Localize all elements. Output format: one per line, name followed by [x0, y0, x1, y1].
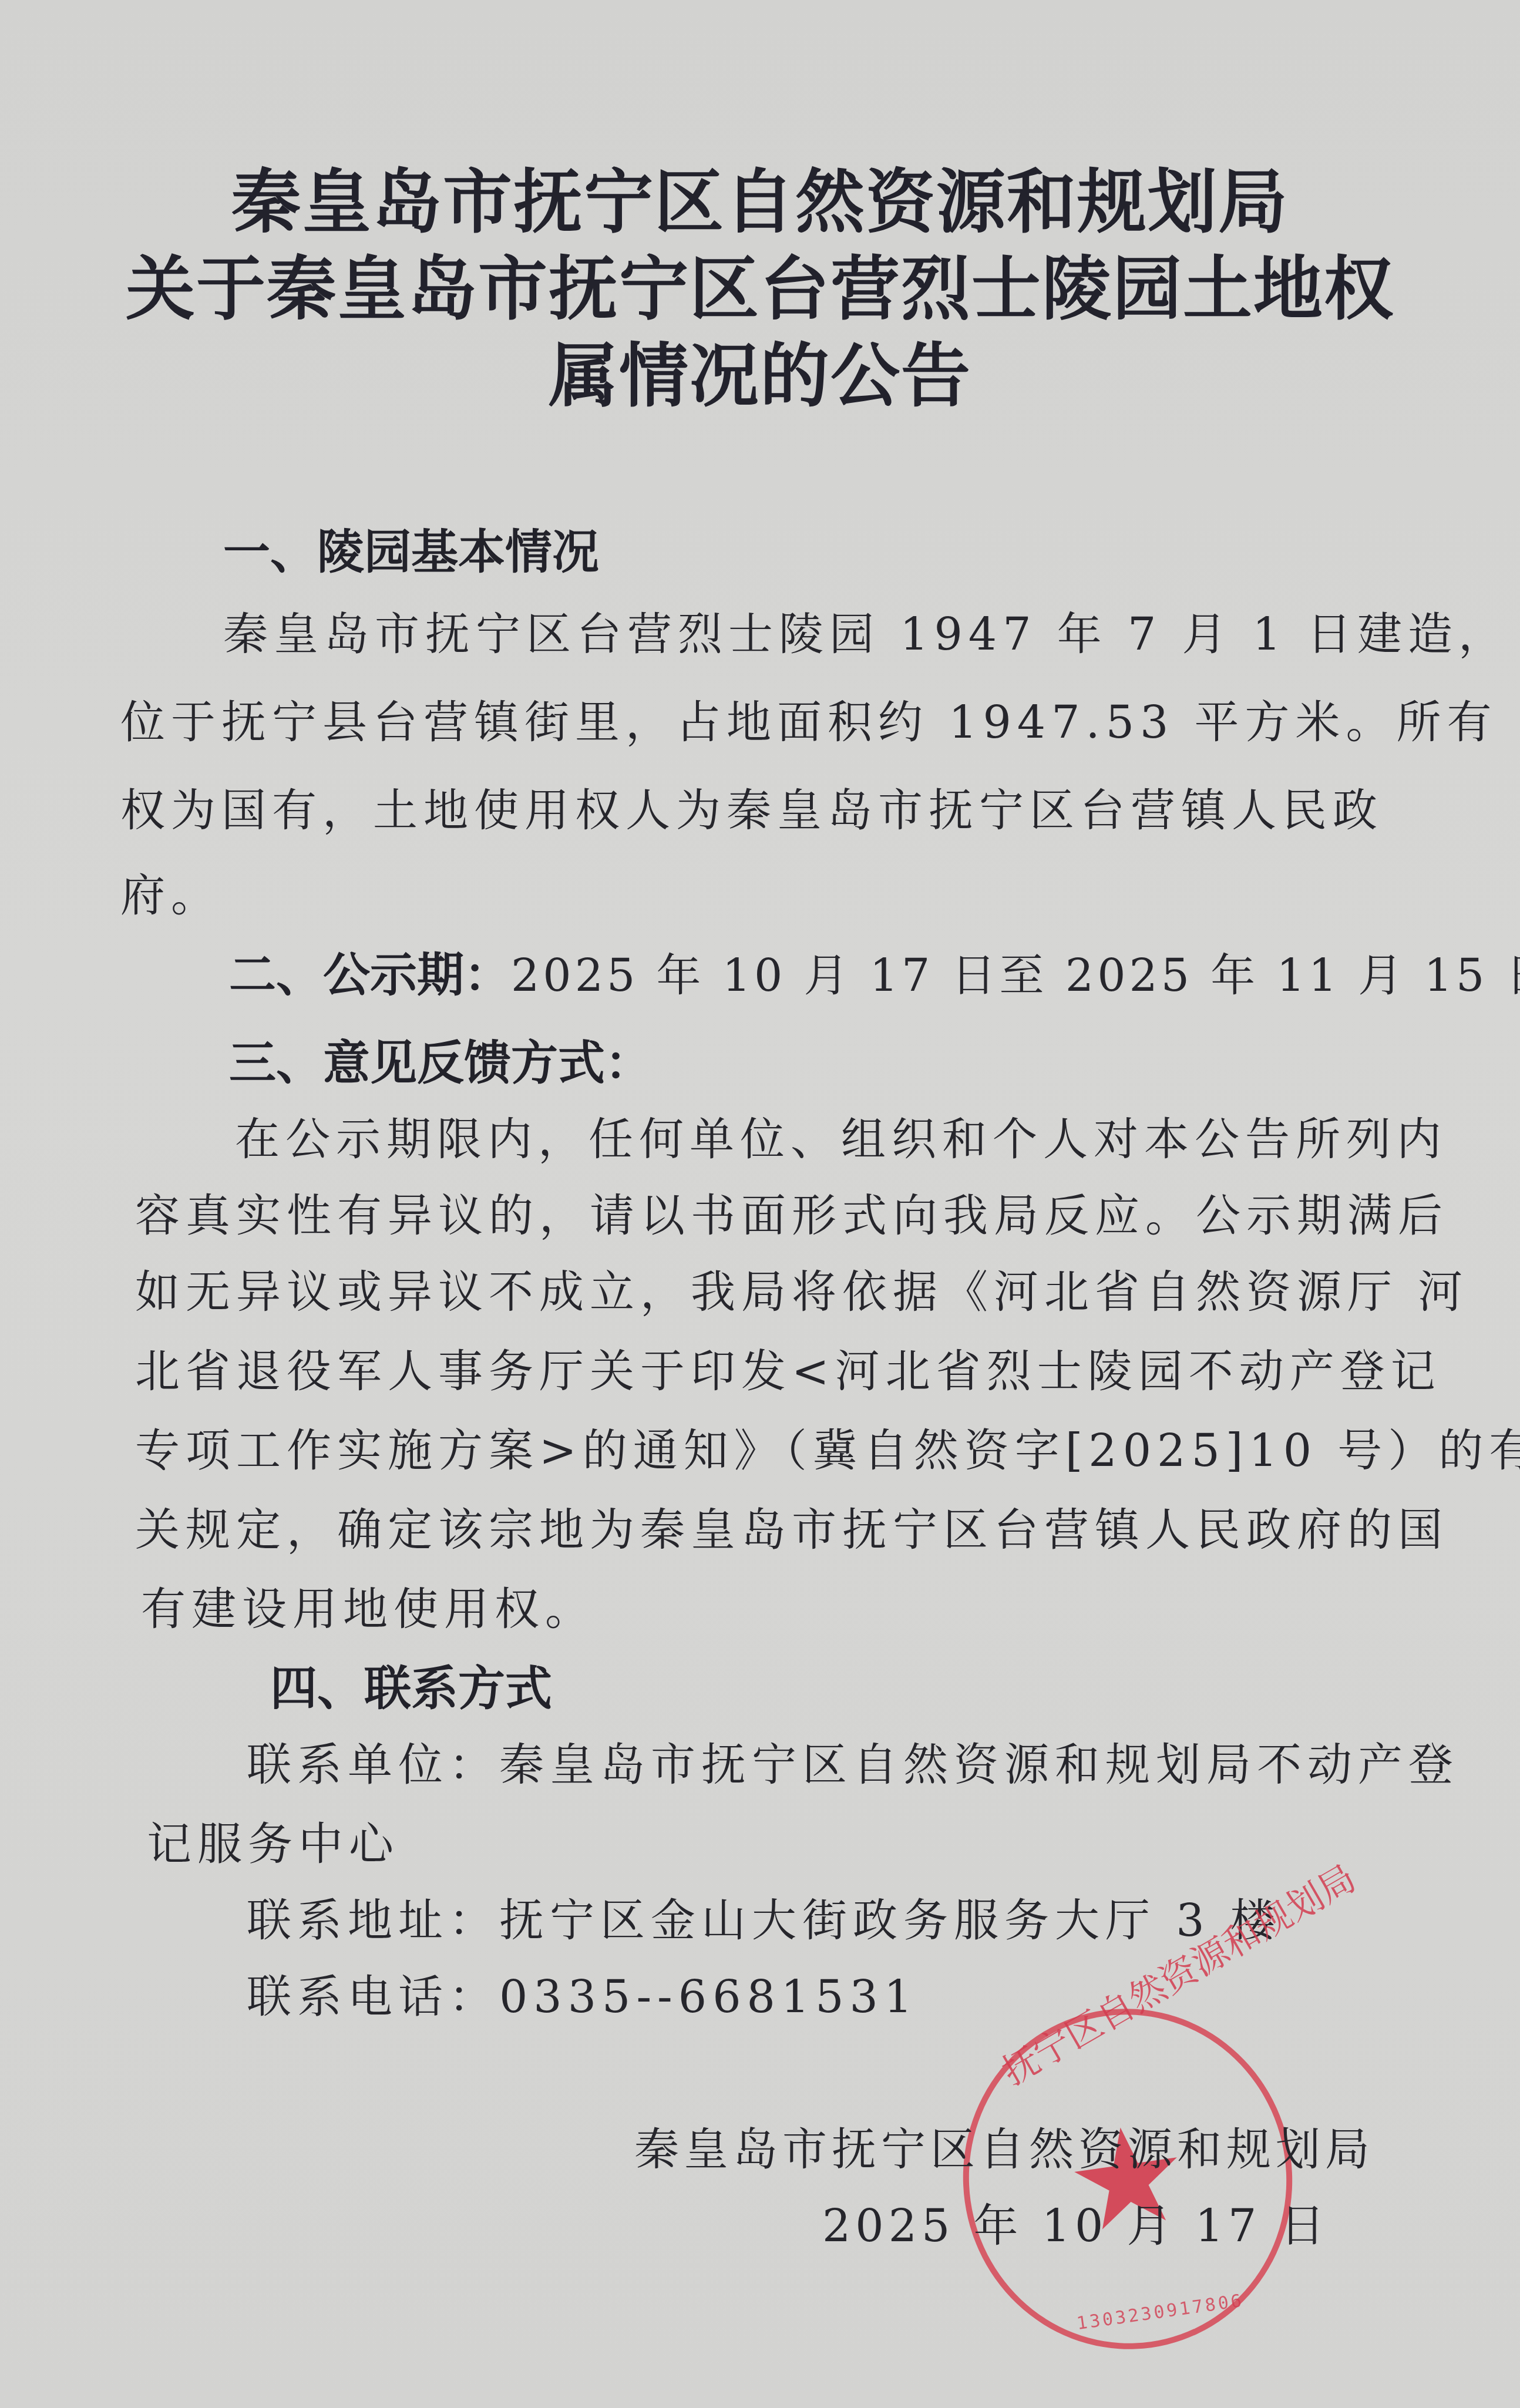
contact-unit: 联系单位：秦皇岛市抚宁区自然资源和规划局不动产登	[247, 1736, 1459, 1794]
seal-code: 1303230917806	[1075, 2291, 1245, 2335]
paragraph-line: 容真实性有异议的，请以书面形式向我局反应。公示期满后	[135, 1186, 1448, 1245]
contact-phone: 联系电话：0335--6681531	[247, 1968, 918, 2026]
issuer-signature: 秦皇岛市抚宁区自然资源和规划局	[634, 2120, 1374, 2179]
title-line-2: 关于秦皇岛市抚宁区台营烈士陵园土地权	[0, 245, 1520, 332]
contact-address: 联系地址：抚宁区金山大街政务服务大厅 3 楼	[247, 1891, 1281, 1950]
official-seal: 抚宁区自然资源和规划局 ★ 1303230917806	[941, 1987, 1314, 2370]
document-page: 秦皇岛市抚宁区自然资源和规划局 关于秦皇岛市抚宁区台营烈士陵园土地权 属情况的公…	[0, 0, 1520, 2408]
paragraph-line: 权为国有，土地使用权人为秦皇岛市抚宁区台营镇人民政	[120, 781, 1383, 840]
section-heading-contact: 四、联系方式	[270, 1659, 552, 1718]
section-heading-publicity-period: 二、公示期：	[229, 947, 511, 1002]
section-heading-basic-info: 一、陵园基本情况	[223, 523, 599, 581]
section-heading-feedback: 三、意见反馈方式：	[229, 1034, 652, 1092]
contact-unit-continued: 记服务中心	[147, 1815, 399, 1874]
publicity-period: 二、公示期：2025 年 10 月 17 日至 2025 年 11 月 15 日	[229, 946, 1520, 1005]
paragraph-line: 在公示期限内，任何单位、组织和个人对本公告所列内	[235, 1110, 1447, 1169]
issue-date: 2025 年 10 月 17 日	[822, 2197, 1330, 2255]
publicity-period-value: 2025 年 10 月 17 日至 2025 年 11 月 15 日	[511, 949, 1520, 1001]
document-title: 秦皇岛市抚宁区自然资源和规划局 关于秦皇岛市抚宁区台营烈士陵园土地权 属情况的公…	[0, 159, 1520, 419]
paragraph-line: 如无异议或异议不成立，我局将依据《河北省自然资源厅 河	[135, 1263, 1468, 1321]
paragraph-line: 府。	[120, 866, 221, 925]
title-line-1: 秦皇岛市抚宁区自然资源和规划局	[0, 159, 1520, 245]
title-line-3: 属情况的公告	[0, 332, 1520, 419]
paragraph-line: 北省退役军人事务厅关于印发<河北省烈士陵园不动产登记	[135, 1342, 1441, 1401]
paragraph-line: 秦皇岛市抚宁区台营烈士陵园 1947 年 7 月 1 日建造，	[223, 605, 1509, 664]
paragraph-line: 关规定，确定该宗地为秦皇岛市抚宁区台营镇人民政府的国	[135, 1501, 1448, 1559]
paragraph-line: 有建设用地使用权。	[141, 1580, 596, 1639]
seal-text: 抚宁区自然资源和规划局	[991, 1849, 1364, 2095]
paragraph-line: 位于抚宁县台营镇街里，占地面积约 1947.53 平方米。所有	[120, 693, 1498, 752]
paragraph-line: 专项工作实施方案>的通知》（冀自然资字[2025]10 号）的有	[135, 1421, 1520, 1480]
